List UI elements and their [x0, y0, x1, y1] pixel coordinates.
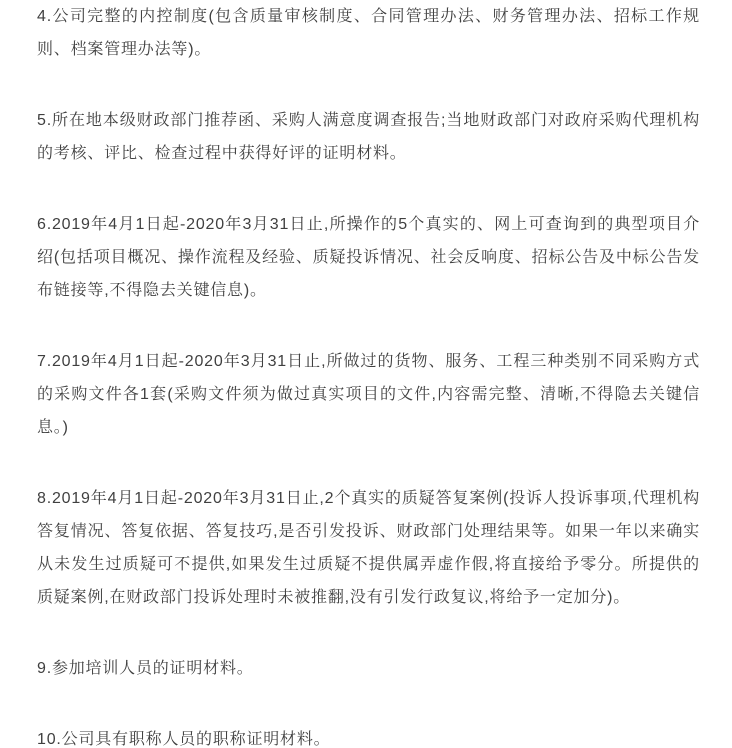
paragraph-item-4: 4.公司完整的内控制度(包含质量审核制度、合同管理办法、财务管理办法、招标工作规…	[37, 0, 700, 66]
paragraph-item-9: 9.参加培训人员的证明材料。	[37, 652, 700, 685]
paragraph-item-7: 7.2019年4月1日起-2020年3月31日止,所做过的货物、服务、工程三种类…	[37, 345, 700, 444]
paragraph-item-10: 10.公司具有职称人员的职称证明材料。	[37, 723, 700, 748]
paragraph-item-5: 5.所在地本级财政部门推荐函、采购人满意度调查报告;当地财政部门对政府采购代理机…	[37, 104, 700, 170]
paragraph-item-8: 8.2019年4月1日起-2020年3月31日止,2个真实的质疑答复案例(投诉人…	[37, 482, 700, 614]
paragraph-item-6: 6.2019年4月1日起-2020年3月31日止,所操作的5个真实的、网上可查询…	[37, 208, 700, 307]
document-page: 4.公司完整的内控制度(包含质量审核制度、合同管理办法、财务管理办法、招标工作规…	[0, 0, 732, 748]
